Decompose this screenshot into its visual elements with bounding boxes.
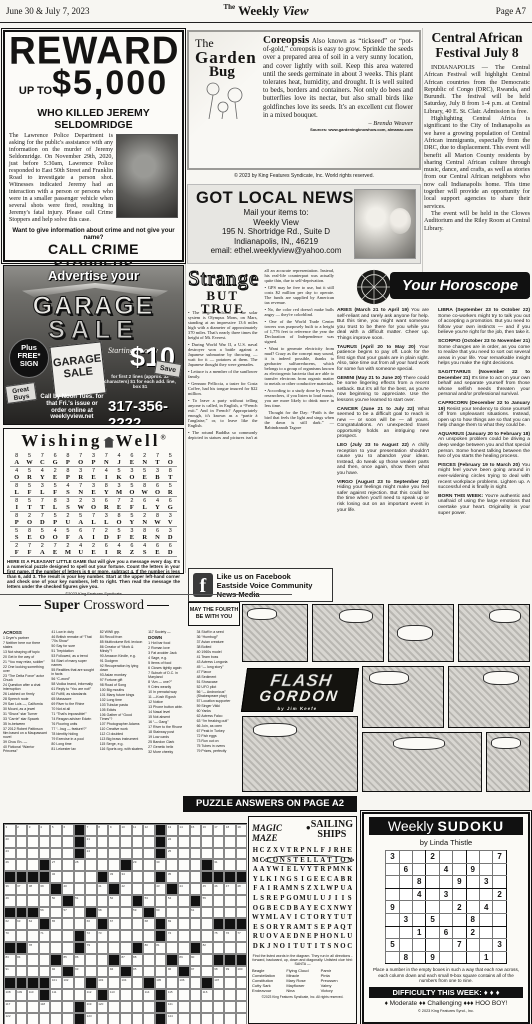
strange-item: • Want to generate electricity from mud?… [265, 346, 335, 386]
across-clue: 33 “Carrie” star Spacek [3, 717, 47, 721]
garden-copyright: © 2023 by King Features Syndicate, Inc. … [187, 173, 421, 179]
across-clue: 69 River to the Rhine [51, 702, 95, 706]
white-square [178, 942, 190, 954]
across-clue: 37 2012 Robert Pattinson film based on a… [3, 727, 47, 739]
black-square [166, 883, 178, 895]
white-square: 123 [85, 1013, 97, 1024]
white-square [39, 836, 51, 848]
white-square [224, 942, 236, 954]
white-square [120, 989, 132, 1001]
down-clue: 47 Flavor [197, 670, 241, 674]
white-square: 54 [166, 895, 178, 907]
white-square: 12 [143, 824, 155, 836]
black-square [74, 930, 86, 942]
empty-cell [426, 926, 439, 939]
white-square [201, 918, 213, 930]
clue-number: 51 [75, 896, 78, 900]
down-clue: 48 Sediment [197, 675, 241, 679]
white-square [190, 918, 202, 930]
clue-number: 64 [29, 919, 32, 923]
white-square [108, 1013, 120, 1024]
across-clue: 110 Creative work [100, 727, 144, 731]
sudoku-grid: 327649893432924358162573891 [385, 850, 507, 964]
black-square [50, 954, 62, 966]
given-cell: 3 [399, 913, 412, 926]
black-square [74, 942, 86, 954]
white-square [108, 836, 120, 848]
crossword-title: Super Crossword [3, 598, 185, 614]
across-clue: 74 Reagan adviser Edwin [51, 717, 95, 721]
across-clue: 77 “...bug — feature!?” [51, 727, 95, 731]
white-square [27, 848, 39, 860]
got-local-news-box: GOT LOCAL NEWS? Mail your items to:Weekl… [187, 184, 421, 264]
empty-cell [479, 851, 492, 864]
clue-number: 45 [203, 884, 206, 888]
white-square: 63 [16, 918, 28, 930]
white-square [178, 1013, 190, 1024]
masthead: The Weekly View [0, 3, 532, 19]
white-square [143, 871, 155, 883]
letter-row: ORYEPREIKOEBT [10, 474, 176, 482]
given-cell: 3 [479, 876, 492, 889]
white-square [224, 1013, 236, 1024]
empty-cell [439, 901, 452, 914]
clue-number: 92 [52, 967, 55, 971]
clue-number: 82 [203, 943, 206, 947]
white-square: 117 [4, 1001, 16, 1013]
white-square [143, 966, 155, 978]
clue-number: 111 [52, 990, 57, 994]
black-square [120, 966, 132, 978]
clue-number: 18 [226, 825, 229, 829]
down-clue: 63 “I'm freaking out!” [197, 719, 241, 723]
across-clue: 117 Society — [148, 630, 192, 634]
white-square [97, 895, 109, 907]
white-square [85, 859, 97, 871]
white-square [143, 1013, 155, 1024]
white-square [236, 989, 248, 1001]
white-square: 51 [74, 895, 86, 907]
wishing-well-puzzle: WishingWell® 8576873746275AWCGPOPNJENTO4… [3, 428, 184, 574]
festival-paragraph: INDIANAPOLIS — The Central African Festi… [424, 64, 530, 115]
across-clue: 82 WWII grp. [100, 630, 144, 634]
white-square [27, 895, 39, 907]
white-square [16, 859, 28, 871]
across-clue: 61 Reply to “You are not!” [51, 687, 95, 691]
given-cell: 9 [426, 951, 439, 964]
across-clue: 80 Long time [51, 742, 95, 746]
clue-number: 32 [52, 872, 55, 876]
number-row: 5854567253863 [10, 527, 176, 534]
white-square [201, 836, 213, 848]
sudoku-row: 358 [386, 913, 507, 926]
empty-cell [426, 939, 439, 952]
empty-cell [413, 939, 426, 952]
strange-but-true: Strange BUT TRUE • The largest volcano i… [188, 268, 334, 564]
white-square [143, 883, 155, 895]
clue-number: 96 [168, 967, 171, 971]
white-square [143, 848, 155, 860]
clue-number: 123 [87, 1014, 92, 1018]
white-square: 39 [39, 883, 51, 895]
crossword-clues: ACROSS1 Dryer's partner7 Neither here no… [3, 630, 241, 792]
across-clue: 100 Big mouths [100, 688, 144, 692]
black-square [155, 989, 167, 1001]
across-clue: 65 Massacre [51, 697, 95, 701]
crossword-theme-title: MAY THE FOURTH BE WITH YOU [188, 602, 240, 626]
across-clue: 13 Not straying off topic [3, 650, 47, 654]
white-square [224, 907, 236, 919]
maze-row: ESORYRAMTSEPAQT [252, 923, 353, 933]
white-square: 56 [39, 907, 51, 919]
white-square [120, 895, 132, 907]
black-square [178, 966, 190, 978]
white-square: 82 [201, 942, 213, 954]
price-note: for first 2 lines (approx. 32 characters… [104, 374, 176, 390]
clue-number: 116 [203, 990, 208, 994]
white-square: 40 [62, 883, 74, 895]
down-clue: 38 Bolted [197, 645, 241, 649]
maze-instructions: Find the listed words in the diagram. Th… [252, 954, 353, 967]
strange-item: • No, the color red doesn't make bulls a… [265, 307, 335, 317]
white-square [108, 907, 120, 919]
black-square [224, 954, 236, 966]
clue-number: 115 [168, 990, 173, 994]
white-square [16, 848, 28, 860]
ship-name: Nina [286, 988, 318, 993]
black-square [16, 942, 28, 954]
white-square [178, 1001, 190, 1013]
white-square [132, 918, 144, 930]
white-square [108, 1001, 120, 1013]
black-square [4, 977, 16, 989]
clue-number: 40 [63, 884, 66, 888]
white-square [50, 930, 62, 942]
white-square: 87 [120, 954, 132, 966]
white-square [27, 1001, 39, 1013]
strange-item: • The largest volcano in the solar syste… [188, 310, 258, 340]
number-row: 4542837453538 [10, 467, 176, 474]
horoscope-entry: LEO (July 23 to August 22) A chilly rece… [337, 443, 429, 477]
white-square [16, 1001, 28, 1013]
garden-bug-feature: The Garden Bug Coreopsis Also known as “… [187, 30, 421, 170]
down-clue: 6 Closes tightly again [148, 666, 192, 670]
white-square [39, 848, 51, 860]
clue-number: 99 [226, 967, 229, 971]
down-clue: 72 Fish eggs [197, 734, 241, 738]
black-square [39, 871, 51, 883]
maze-row: YLKINGSIGEECABR [252, 875, 353, 885]
strange-item: • Gennaro Pelliccia, a taster for Costa … [188, 381, 258, 396]
empty-cell [453, 888, 466, 901]
comic-panel [362, 732, 482, 792]
white-square [62, 871, 74, 883]
clue-number: 75 [214, 931, 217, 935]
white-square [74, 989, 86, 1001]
empty-cell [413, 901, 426, 914]
across-clue: 50 Say for sure [51, 644, 95, 648]
sudoku-row: 893 [386, 876, 507, 889]
white-square [27, 1013, 39, 1024]
black-square [201, 859, 213, 871]
white-square [143, 836, 155, 848]
black-square [236, 871, 248, 883]
black-square [224, 918, 236, 930]
horoscope-entry: BORN THIS WEEK: You're authentic and una… [438, 494, 530, 516]
white-square [97, 966, 109, 978]
white-square [50, 907, 62, 919]
black-square [201, 871, 213, 883]
white-square: 34 [120, 871, 132, 883]
clue-number: 22 [168, 837, 171, 841]
crossword-grid: 1234567891011121314151617181920212223242… [3, 823, 247, 1024]
empty-cell [386, 876, 399, 889]
number-row: 2727242646466 [10, 542, 176, 549]
festival-headline: Central African Festival July 8 [424, 30, 530, 60]
empty-cell [439, 851, 452, 864]
down-clue: 10 In prenatal way [148, 690, 192, 694]
empty-cell [399, 926, 412, 939]
black-square [85, 977, 97, 989]
white-square: 97 [190, 966, 202, 978]
clue-number: 62 [6, 919, 9, 923]
white-square [97, 836, 109, 848]
black-square [132, 895, 144, 907]
number-row: 8535473835865 [10, 482, 176, 489]
sudoku-row: 891 [386, 951, 507, 964]
empty-cell [479, 913, 492, 926]
white-square: 94 [108, 966, 120, 978]
white-square [166, 859, 178, 871]
clue-number: 114 [145, 990, 150, 994]
white-square: 7 [85, 824, 97, 836]
clue-number: 43 [156, 884, 159, 888]
empty-cell [386, 863, 399, 876]
thought-for-the-day: Thought for the Day: “Faith is the bird … [265, 410, 335, 430]
clue-number: 100 [237, 967, 242, 971]
across-clue: 22 One looking something over [3, 665, 47, 673]
white-square [178, 989, 190, 1001]
given-cell: 5 [386, 939, 399, 952]
clue-number: 65 [52, 919, 55, 923]
empty-cell [439, 913, 452, 926]
white-square [120, 918, 132, 930]
white-square: 73 [97, 930, 109, 942]
given-cell: 4 [439, 863, 452, 876]
white-square [190, 1001, 202, 1013]
white-square [143, 859, 155, 871]
comic-panel [486, 732, 530, 792]
down-clue: 15 Not absent [148, 715, 192, 719]
white-square [213, 836, 225, 848]
clue-number: 37 [17, 884, 20, 888]
white-square [27, 930, 39, 942]
clue-number: 50 [52, 896, 55, 900]
festival-paragraph: Highlighting Central Africa is significa… [424, 115, 530, 210]
black-square [155, 930, 167, 942]
maze-row: DKJNOITUTITSNOC [252, 942, 353, 952]
masthead-weekly: Weekly [238, 3, 279, 18]
across-clue: 1 Dryer's partner [3, 636, 47, 640]
sudoku-row: 327 [386, 851, 507, 864]
clue-number: 121 [168, 1002, 173, 1006]
empty-cell [399, 888, 412, 901]
white-square [224, 848, 236, 860]
black-square [16, 907, 28, 919]
clue-number: 77 [237, 931, 240, 935]
across-clue: 70 Not at all [51, 707, 95, 711]
empty-cell [466, 851, 479, 864]
maze-row: WYMLAVICTORYTUT [252, 913, 353, 923]
white-square [236, 895, 248, 907]
white-square: 60 [155, 907, 167, 919]
white-square: 10 [120, 824, 132, 836]
white-square [201, 1013, 213, 1024]
black-square [108, 883, 120, 895]
white-square: 46 [213, 883, 225, 895]
white-square: 4 [39, 824, 51, 836]
black-square [39, 977, 51, 989]
clue-number: 119 [87, 1002, 92, 1006]
down-clue: 75 Tubes in ovens [197, 744, 241, 748]
letter-row: ITTLSWOREFLYG [10, 504, 176, 512]
black-square [97, 918, 109, 930]
header-rule [0, 22, 532, 23]
clue-number: 35 [168, 872, 171, 876]
well-icon [103, 437, 114, 448]
across-clue: 58 Vodka brand, informally [51, 682, 95, 686]
white-square [190, 1013, 202, 1024]
white-square [155, 966, 167, 978]
given-cell: 4 [413, 888, 426, 901]
black-square [132, 942, 144, 954]
white-square [190, 859, 202, 871]
empty-cell [479, 926, 492, 939]
given-cell: 3 [493, 939, 506, 952]
across-clue: 41 Low in duty [51, 630, 95, 634]
down-clue: 66 Join, as oxen [197, 724, 241, 728]
clue-number: 85 [63, 955, 66, 959]
across-clue: 92 Recuperation by lying down [100, 664, 144, 672]
down-clue: 16 “— Gang” [148, 720, 192, 724]
down-clue: 67 Peak in Turkey [197, 729, 241, 733]
empty-cell [386, 951, 399, 964]
festival-article: Central African Festival July 8 INDIANAP… [424, 30, 530, 292]
black-square [236, 954, 248, 966]
across-clue: 53 Followed, as a trend [51, 654, 95, 658]
garage-sale-ad: Advertise your GARAGE SALE Plus FREE* SI… [3, 265, 184, 425]
clue-number: 69 [168, 919, 171, 923]
clue-number: 107 [214, 978, 219, 982]
great-buys-sign: Great Buys [5, 382, 37, 404]
masthead-the: The [223, 3, 235, 11]
white-square: 62 [4, 918, 16, 930]
reward-want-line: Want to give information about crime and… [9, 227, 178, 241]
white-square: 20 [4, 836, 16, 848]
across-clue: 56 “C-word” [51, 677, 95, 681]
white-square: 124 [166, 1013, 178, 1024]
across-clue: 84 Recoil from [100, 635, 144, 639]
difficulty-diamonds: ♦ ♦ ♦ [484, 988, 500, 997]
empty-cell [466, 888, 479, 901]
white-square [132, 1013, 144, 1024]
garage-call-note: Call by Noon Tues. for that Fri.'s issue… [38, 394, 106, 421]
ship-name: Victory [321, 988, 353, 993]
given-cell: 7 [493, 851, 506, 864]
empty-cell [426, 901, 439, 914]
white-square: 61 [190, 907, 202, 919]
white-square: 16 [201, 824, 213, 836]
empty-cell [493, 901, 506, 914]
black-square [74, 836, 86, 848]
black-square [155, 871, 167, 883]
black-square [213, 918, 225, 930]
down-clue: 4 Sage, e.g. [148, 656, 192, 660]
clue-number: 38 [29, 884, 32, 888]
clue-number: 44 [179, 884, 182, 888]
white-square [39, 966, 51, 978]
clue-number: 98 [214, 967, 217, 971]
given-cell: 7 [453, 939, 466, 952]
empty-cell [466, 951, 479, 964]
white-square [190, 989, 202, 1001]
white-square: 78 [27, 942, 39, 954]
clue-number: 29 [133, 860, 136, 864]
white-square: 2 [16, 824, 28, 836]
white-square [74, 977, 86, 989]
white-square: 103 [97, 977, 109, 989]
empty-cell [413, 863, 426, 876]
white-square [236, 907, 248, 919]
white-square [50, 1013, 62, 1024]
black-square [16, 977, 28, 989]
clue-number: 26 [6, 860, 9, 864]
white-square [108, 977, 120, 989]
black-square [213, 954, 225, 966]
down-clue: 12 Notice [148, 700, 192, 704]
clue-number: 41 [98, 884, 101, 888]
strange-item: • To leave a party without telling anyon… [188, 398, 258, 428]
across-clue: 103 Tubular pasta [100, 703, 144, 707]
given-cell: 9 [466, 863, 479, 876]
empty-cell [439, 939, 452, 952]
across-clue: 29 San Luis —, California [3, 702, 47, 706]
white-square: 116 [201, 989, 213, 1001]
white-square [143, 930, 155, 942]
white-square [62, 918, 74, 930]
clue-number: 93 [75, 967, 78, 971]
white-square [178, 895, 190, 907]
white-square: 110 [27, 989, 39, 1001]
reward-ad: REWARD UP TO$5,000 WHO KILLED JEREMY SEL… [3, 30, 184, 262]
given-cell: 6 [439, 926, 452, 939]
clue-number: 42 [121, 884, 124, 888]
down-clue: 62 Actress Falco [197, 714, 241, 718]
white-square [120, 1001, 132, 1013]
white-square: 76 [224, 930, 236, 942]
clue-number: 16 [203, 825, 206, 829]
black-square [155, 1013, 167, 1024]
white-square: 43 [155, 883, 167, 895]
given-cell: 1 [479, 951, 492, 964]
white-square: 70 [4, 930, 16, 942]
sudoku-difficulty: DIFFICULTY THIS WEEK: ♦ ♦ ♦ [369, 987, 523, 998]
clue-number: 57 [63, 908, 66, 912]
given-cell: 5 [426, 913, 439, 926]
white-square: 108 [4, 989, 16, 1001]
empty-cell [399, 901, 412, 914]
number-row: 8578323672646 [10, 497, 176, 504]
